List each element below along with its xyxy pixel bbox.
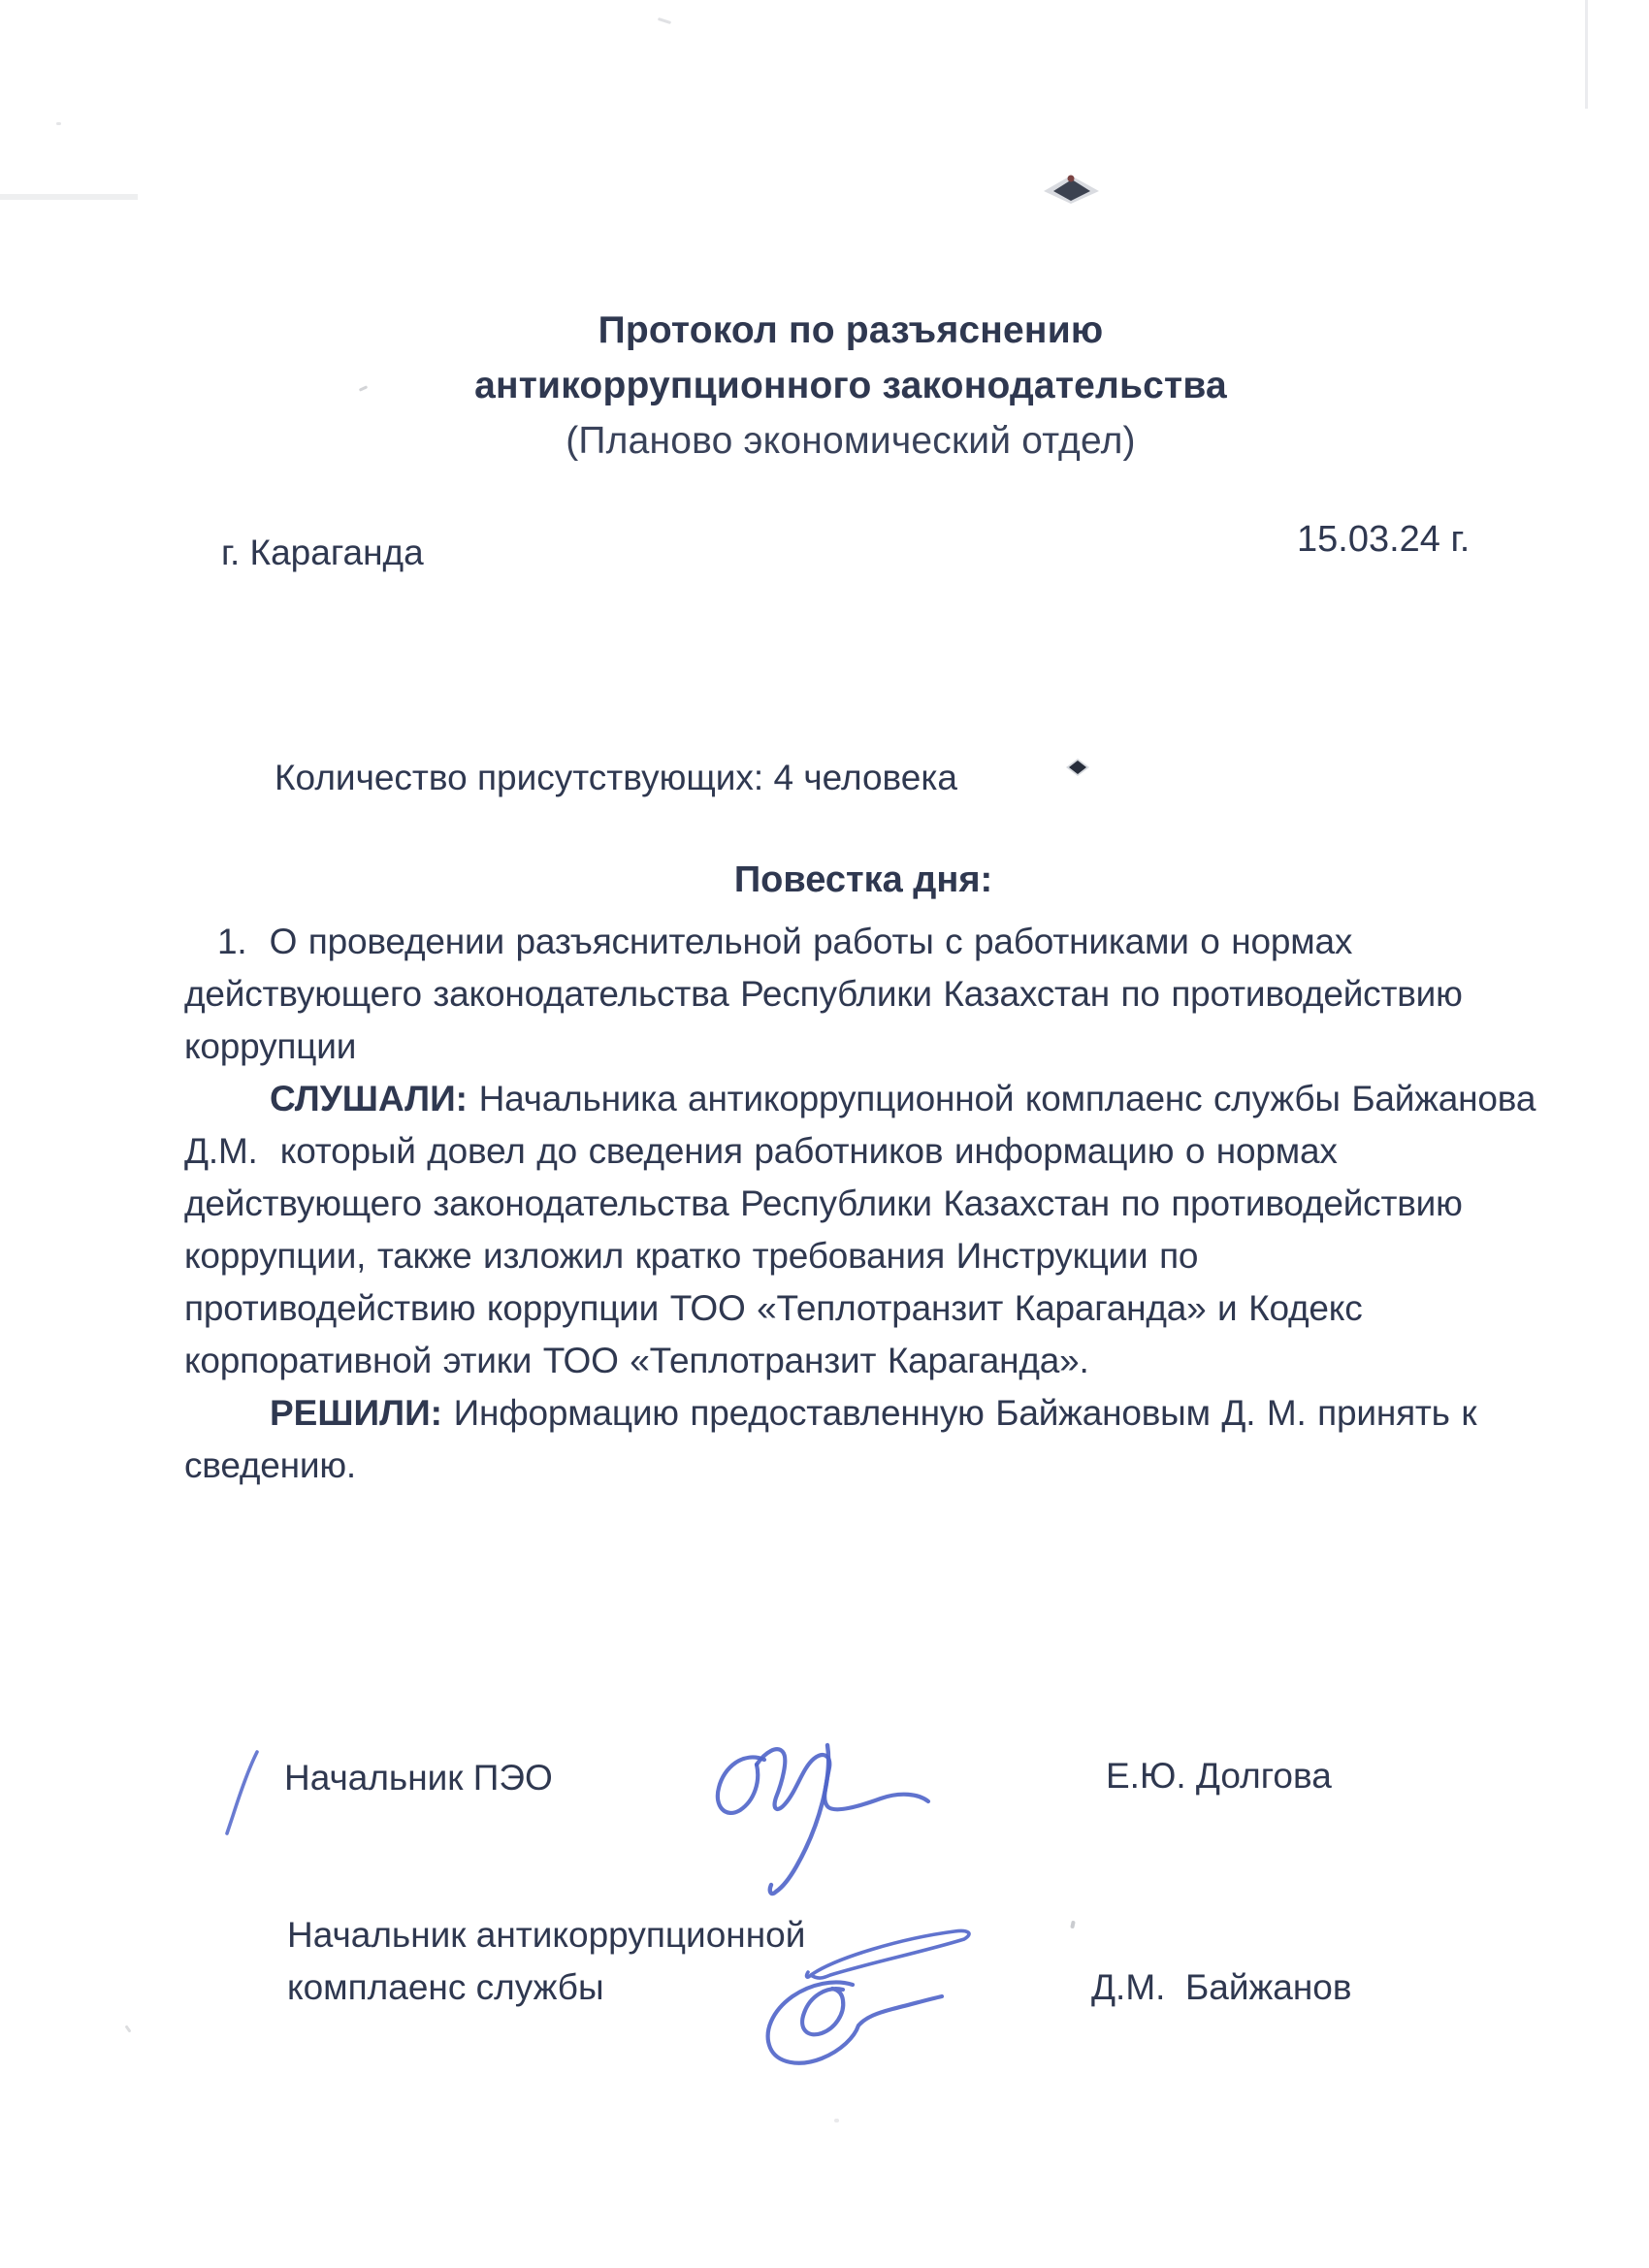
- scan-speck: [658, 17, 671, 24]
- body-line: 1. О проведении разъяснительной работы с…: [217, 916, 1536, 968]
- agenda-heading: Повестка дня:: [78, 859, 1649, 901]
- body-line: коррупции, также изложил кратко требован…: [184, 1230, 1536, 1282]
- body-line: РЕШИЛИ: Информацию предоставленную Байжа…: [270, 1387, 1536, 1440]
- signature1-name: Е.Ю. Долгова: [1106, 1756, 1332, 1797]
- signature2-role-line2: комплаенс службы: [287, 1967, 604, 2008]
- scan-streak: [0, 194, 138, 200]
- scan-speck: [56, 122, 61, 125]
- body-line: сведению.: [184, 1440, 1536, 1492]
- body-line: действующего законодательства Республики…: [184, 968, 1536, 1021]
- stray-pen-stroke: [213, 1741, 281, 1848]
- scan-speck: [124, 2025, 131, 2032]
- ink-blot-speck: [1038, 171, 1106, 210]
- scanned-protocol-page: { "page": { "title": { "line1": "Протоко…: [0, 0, 1649, 2268]
- scan-speck: [834, 2119, 839, 2122]
- document-date: 15.03.24 г.: [1297, 519, 1470, 561]
- body-line: Д.М. который довел до сведения работнико…: [184, 1125, 1536, 1178]
- body-line: коррупции: [184, 1021, 1536, 1073]
- protocol-body: 1. О проведении разъяснительной работы с…: [184, 916, 1536, 1492]
- title-line-2: антикоррупционного законодательства: [52, 358, 1649, 413]
- body-line: СЛУШАЛИ: Начальника антикоррупционной ко…: [270, 1073, 1536, 1125]
- dolgova-signature-ink: [674, 1729, 965, 1913]
- ink-blot-speck: [1061, 753, 1094, 782]
- document-title: Протокол по разъяснению антикоррупционно…: [52, 303, 1649, 469]
- body-line: корпоративной этики ТОО «Теплотранзит Ка…: [184, 1335, 1536, 1387]
- scan-streak: [1585, 0, 1588, 109]
- attendees-count-line: Количество присутствующих: 4 человека: [275, 758, 957, 798]
- signature1-role: Начальник ПЭО: [284, 1758, 553, 1798]
- signature2-role-line1: Начальник антикоррупционной: [287, 1915, 805, 1956]
- body-line: противодействию коррупции ТОО «Теплотран…: [184, 1282, 1536, 1335]
- title-line-3: (Планово экономический отдел): [52, 413, 1649, 469]
- document-city: г. Караганда: [221, 533, 424, 573]
- title-line-1: Протокол по разъяснению: [52, 303, 1649, 358]
- body-line: действующего законодательства Республики…: [184, 1178, 1536, 1230]
- scan-speck: [1070, 1921, 1076, 1929]
- bayzhanov-signature-ink: [742, 1906, 994, 2081]
- signature2-name: Д.М. Байжанов: [1091, 1967, 1352, 2008]
